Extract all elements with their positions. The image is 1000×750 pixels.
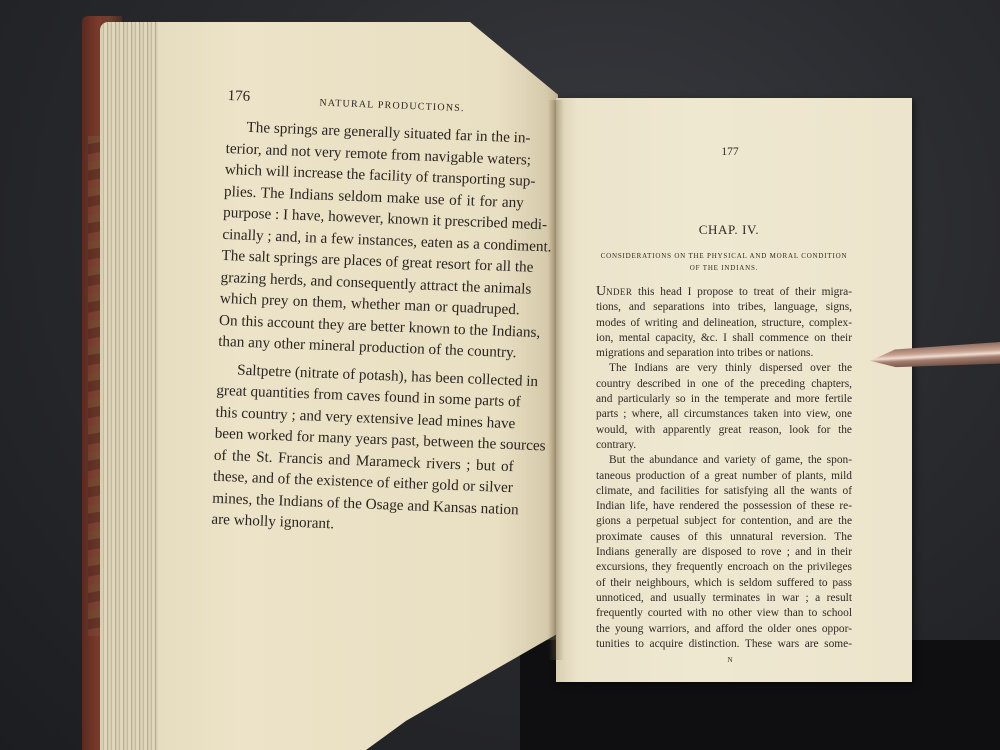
page-number-left: 176 xyxy=(227,88,250,106)
text-fragment: this head I propose to treat of their mi… xyxy=(632,286,852,298)
text-line: modes of writing and delineation, struct… xyxy=(596,316,852,331)
text-line: ion, mental capacity, &c. I shall commen… xyxy=(596,331,852,346)
left-page-body: The springs are generally situated far i… xyxy=(211,116,527,542)
text-line: the young warriors, and afford the older… xyxy=(596,622,852,637)
small-caps-word: NDER xyxy=(606,287,632,297)
page-block-edges xyxy=(100,22,162,750)
text-line: unnoticed, and usually terminates in war… xyxy=(596,591,852,606)
text-line: tions, and separations into tribes, lang… xyxy=(596,300,852,315)
signature-mark: N xyxy=(608,656,852,664)
chapter-subtitle-line: OF THE INDIANS. xyxy=(596,262,852,274)
chapter-subtitle-line: CONSIDERATIONS ON THE PHYSICAL AND MORAL… xyxy=(596,250,852,262)
book-gutter xyxy=(548,100,564,660)
chapter-title: CHAP. IV. xyxy=(606,222,852,238)
text-line: frequently courted with no other view th… xyxy=(596,606,852,621)
text-line: gions a perpetual subject for contention… xyxy=(596,514,852,529)
page-number-right: 177 xyxy=(608,146,852,158)
right-page-text: 177 CHAP. IV. CONSIDERATIONS ON THE PHYS… xyxy=(596,146,852,664)
text-line: climate, and facilities for satisfying a… xyxy=(596,484,852,499)
chapter-subtitle: CONSIDERATIONS ON THE PHYSICAL AND MORAL… xyxy=(596,250,852,274)
text-line: proximate causes of this unnatural rever… xyxy=(596,530,852,545)
text-line: UNDER this head I propose to treat of th… xyxy=(596,284,852,300)
text-line: contrary. xyxy=(596,438,852,453)
drop-cap: U xyxy=(596,284,606,299)
text-line: Indians generally are disposed to rove ;… xyxy=(596,545,852,560)
right-page-body: UNDER this head I propose to treat of th… xyxy=(596,284,852,652)
text-line: Indian life, have rendered the possessio… xyxy=(596,499,852,514)
text-line: of their neighbours, which is seldom suf… xyxy=(596,576,852,591)
text-line: country described in one of the precedin… xyxy=(596,377,852,392)
text-line: and particularly so in the temperate and… xyxy=(596,392,852,407)
text-line: excursions, they frequently encroach on … xyxy=(596,560,852,575)
text-line: But the abundance and variety of game, t… xyxy=(596,453,852,468)
text-line: taneous production of a great number of … xyxy=(596,469,852,484)
text-line: migrations and separation into tribes or… xyxy=(596,346,852,361)
text-line: would, with apparently great reason, loo… xyxy=(596,423,852,438)
text-line: tunities to acquire distinction. These w… xyxy=(596,637,852,652)
text-line: parts ; where, all circumstances taken i… xyxy=(596,407,852,422)
text-line: The Indians are very thinly dispersed ov… xyxy=(596,361,852,376)
